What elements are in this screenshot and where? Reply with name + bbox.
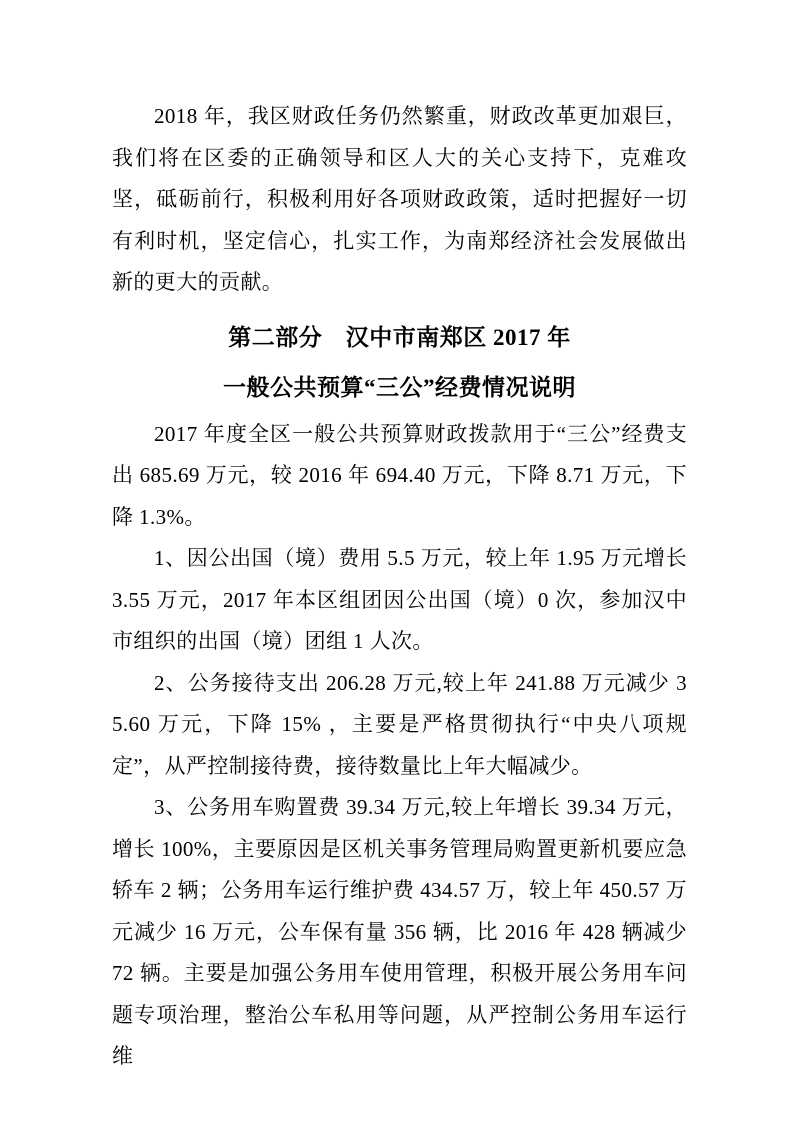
- section-title-line-2: 一般公共预算“三公”经费情况说明: [112, 363, 687, 413]
- paragraph-three-public-summary: 2017 年度全区一般公共预算财政拨款用于“三公”经费支出 685.69 万元，…: [112, 414, 687, 539]
- document-page: 2018 年，我区财政任务仍然繁重，财政改革更加艰巨，我们将在区委的正确领导和区…: [0, 0, 793, 1122]
- section-title-line-1: 第二部分 汉中市南郑区 2017 年: [112, 313, 687, 363]
- intro-paragraph: 2018 年，我区财政任务仍然繁重，财政改革更加艰巨，我们将在区委的正确领导和区…: [112, 96, 687, 304]
- paragraph-item-1-overseas-travel: 1、因公出国（境）费用 5.5 万元，较上年 1.95 万元增长 3.55 万元…: [112, 538, 687, 663]
- section-title: 第二部分 汉中市南郑区 2017 年 一般公共预算“三公”经费情况说明: [112, 313, 687, 413]
- paragraph-item-3-official-vehicles: 3、公务用车购置费 39.34 万元,较上年增长 39.34 万元，增长 100…: [112, 787, 687, 1078]
- paragraph-item-2-official-reception: 2、公务接待支出 206.28 万元,较上年 241.88 万元减少 35.60…: [112, 663, 687, 788]
